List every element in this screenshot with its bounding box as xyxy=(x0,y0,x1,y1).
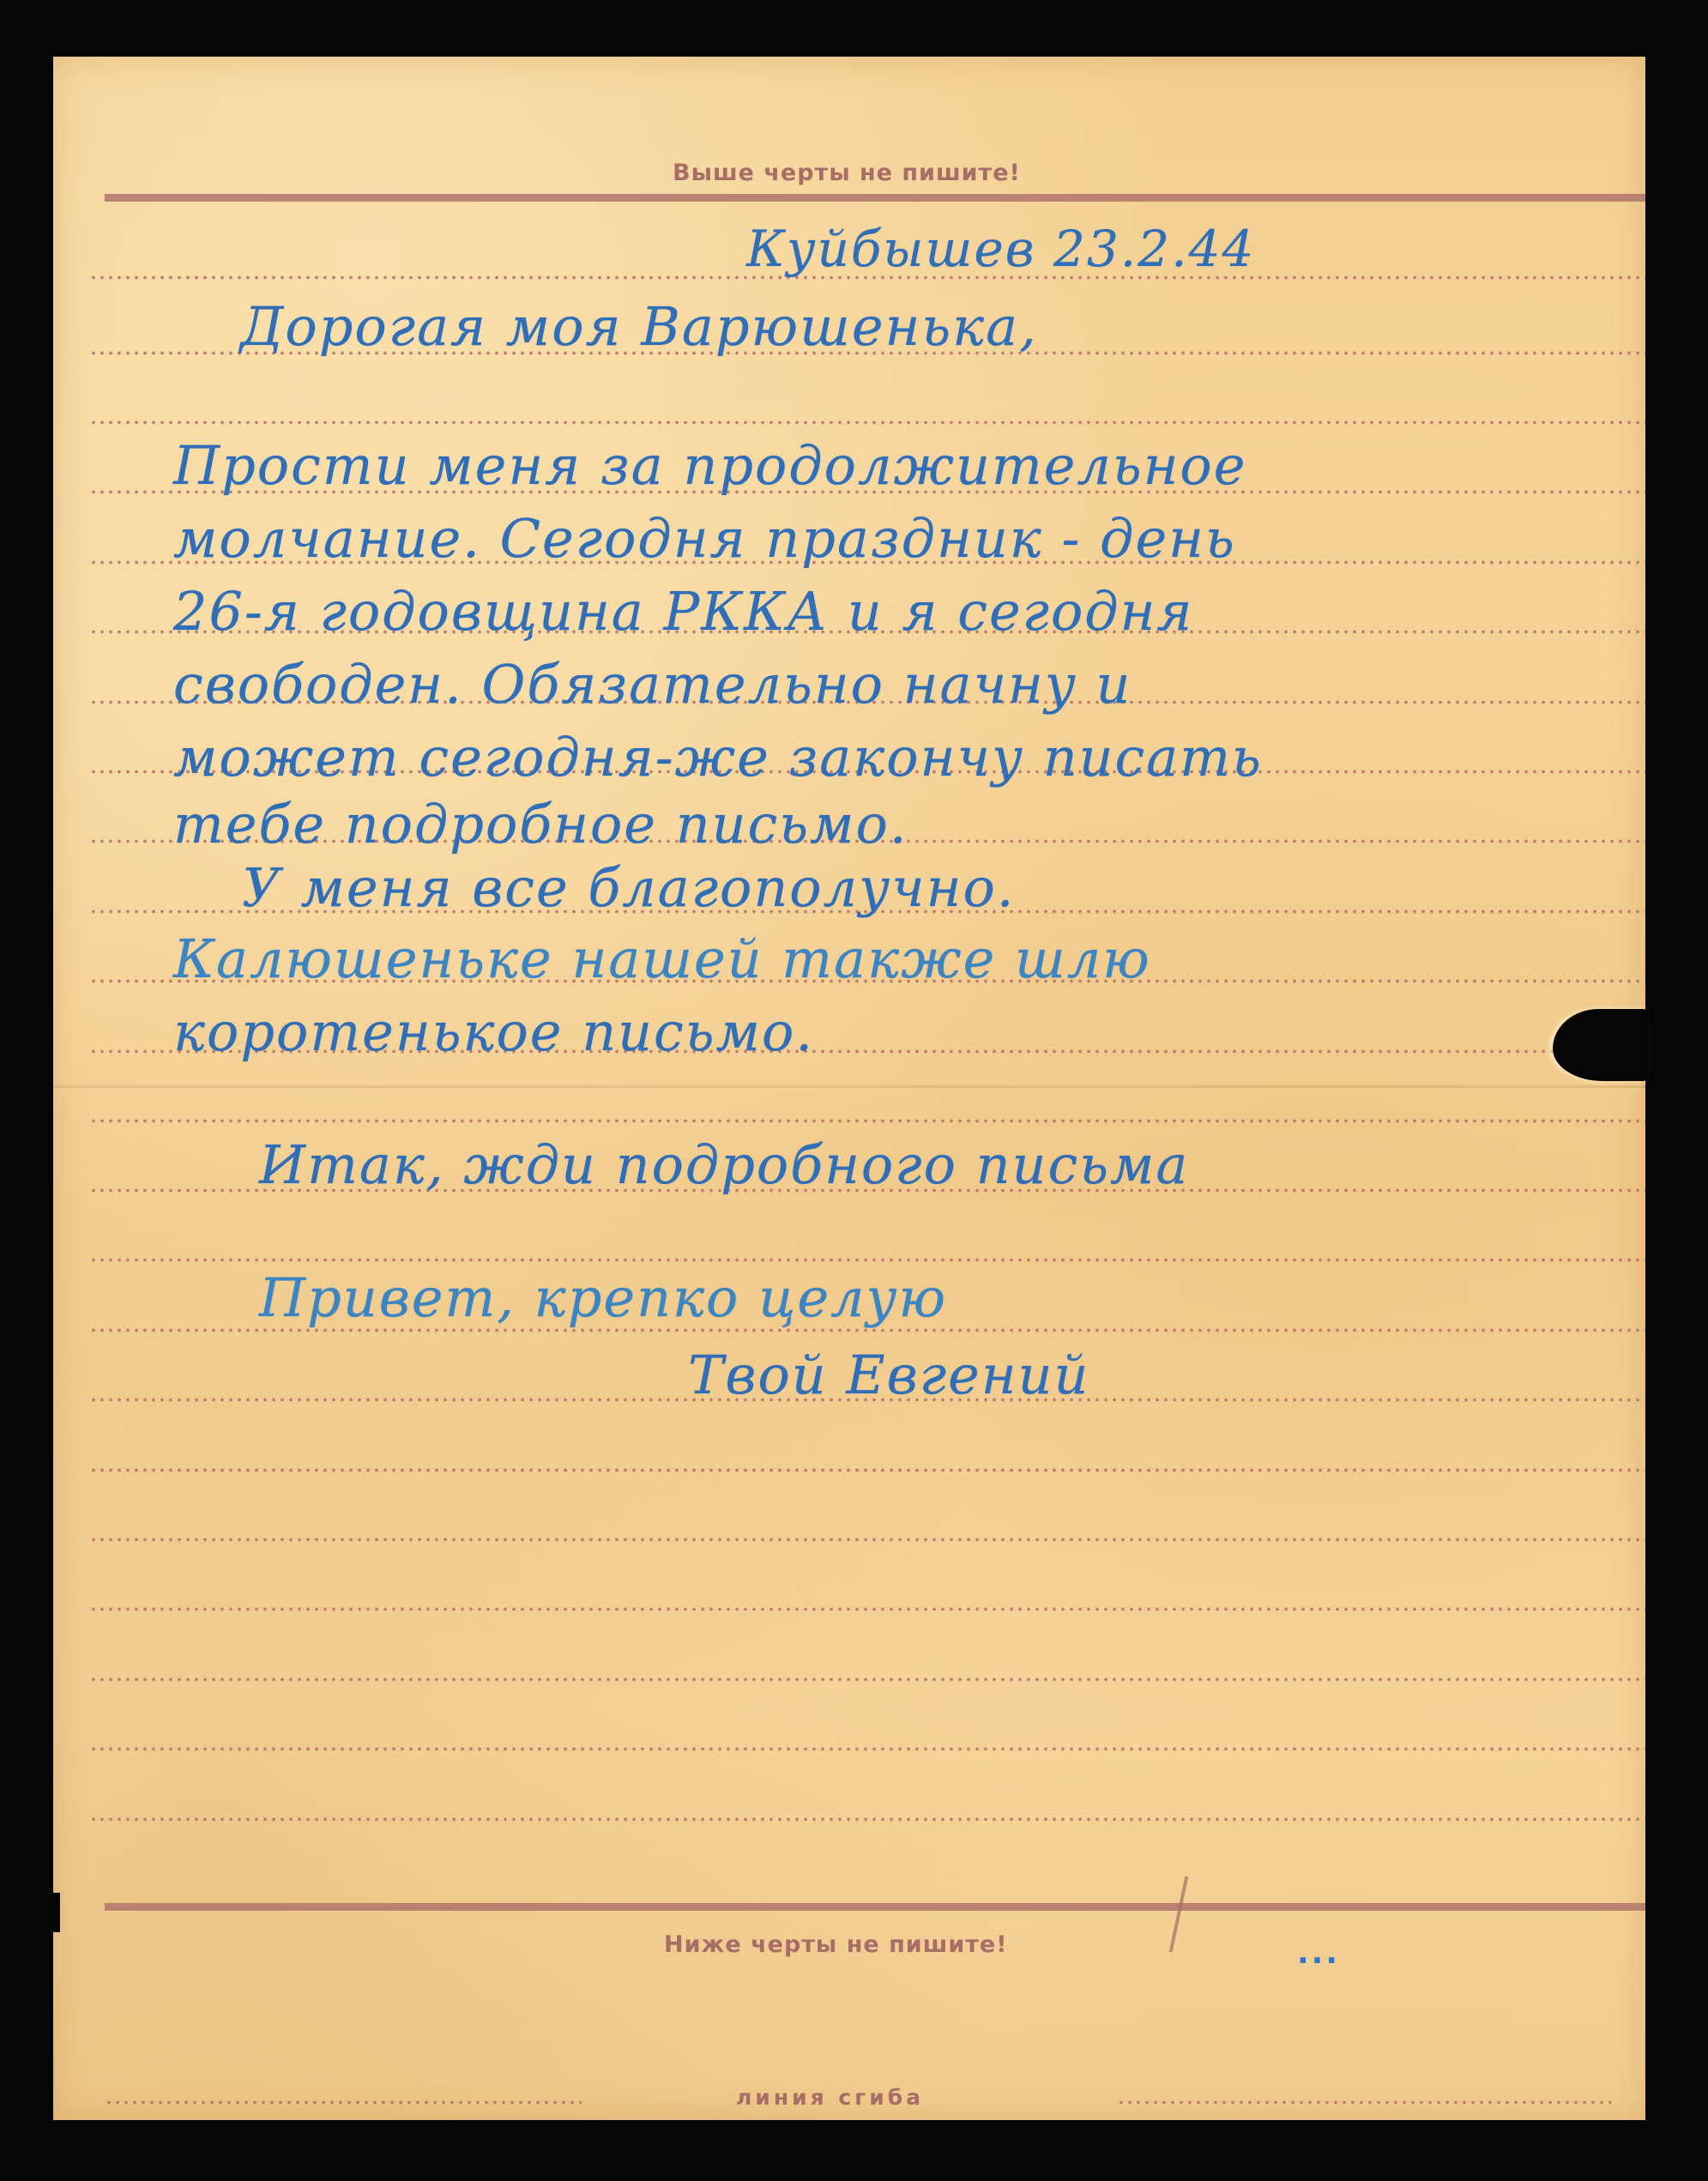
ink-mark: ... xyxy=(1297,1936,1340,1971)
paper-edge-damage xyxy=(50,1893,60,1932)
body-line: Прости меня за продолжительное xyxy=(173,434,1246,497)
body-line: молчание. Сегодня праздник - день xyxy=(173,507,1236,570)
pen-stroke-mark xyxy=(1169,1876,1189,1953)
paper-crease xyxy=(53,1084,1645,1090)
body-line: коротенькое письмо. xyxy=(173,1000,814,1063)
signature: Твой Евгений xyxy=(688,1344,1089,1406)
ruled-line xyxy=(89,1258,1645,1262)
ruled-line xyxy=(89,1538,1645,1542)
ruled-line xyxy=(89,1468,1645,1472)
body-line: свободен. Обязательно начну и xyxy=(173,653,1132,716)
fold-line-right xyxy=(1117,2100,1611,2105)
bottom-boundary-line xyxy=(105,1903,1645,1911)
farewell: Привет, крепко целую xyxy=(259,1266,947,1329)
paper-tear xyxy=(1553,1009,1649,1081)
body-line: может сегодня-же закончу писать xyxy=(173,726,1263,788)
ruled-line xyxy=(89,1607,1645,1611)
body-line: У меня все благополучно. xyxy=(242,856,1016,919)
body-line: Калюшеньке нашей также шлю xyxy=(173,927,1151,990)
letter-sheet: Выше черты не пишите! Ниже черты не пиши… xyxy=(53,57,1645,2120)
ruled-line xyxy=(89,1677,1645,1682)
fold-label: линия сгиба xyxy=(736,2085,924,2110)
ruled-line xyxy=(89,1747,1645,1751)
body-line: тебе подробное письмо. xyxy=(173,793,908,855)
closing-line: Итак, жди подробного письма xyxy=(259,1133,1189,1196)
body-line: 26-я годовщина РККА и я сегодня xyxy=(173,580,1193,643)
footer-notice: Ниже черты не пишите! xyxy=(664,1931,1008,1958)
salutation: Дорогая моя Варюшенька, xyxy=(240,295,1038,358)
place-date: Куйбышев 23.2.44 xyxy=(746,220,1255,278)
header-notice: Выше черты не пишите! xyxy=(673,160,1021,186)
ruled-line xyxy=(89,1817,1645,1822)
ruled-line xyxy=(89,1119,1645,1123)
fold-line-left xyxy=(105,2100,582,2105)
top-boundary-line xyxy=(105,194,1645,202)
ruled-line xyxy=(89,420,1645,425)
